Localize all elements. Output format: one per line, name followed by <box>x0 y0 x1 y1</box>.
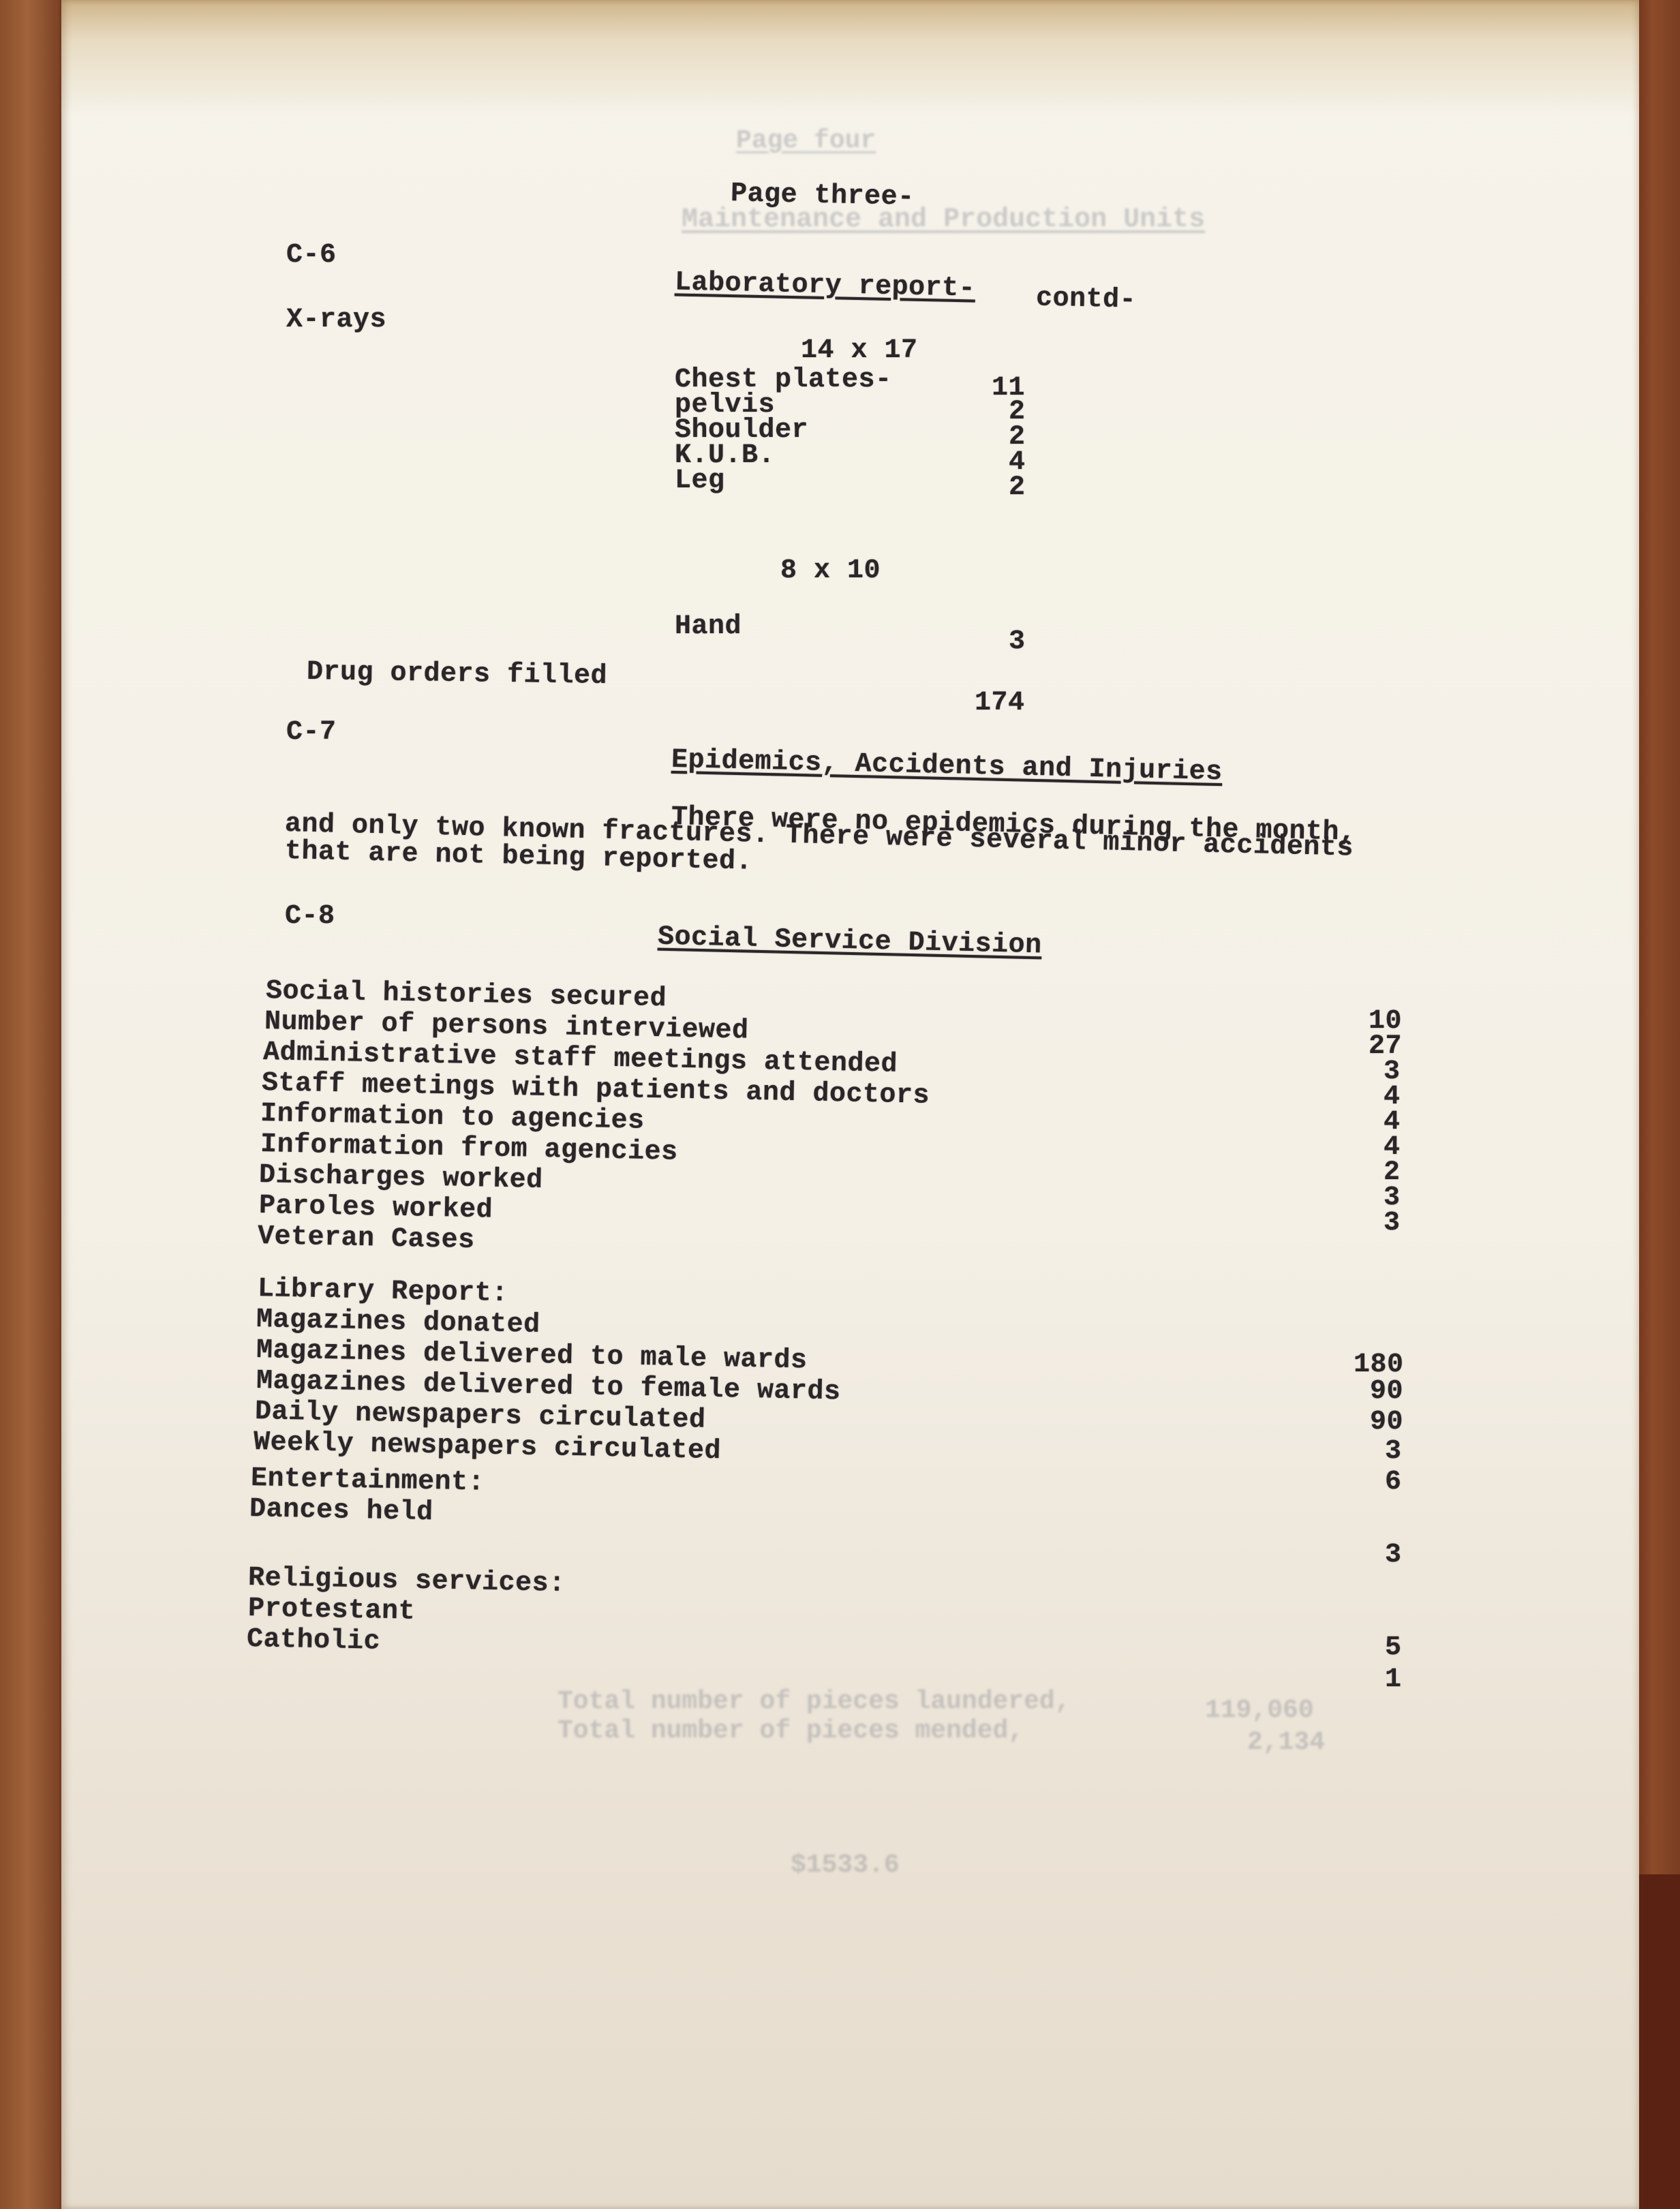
social-service-list: Social histories secured 10 Number of pe… <box>266 978 1411 1254</box>
religious-item-value-protestant: 5 <box>1385 1634 1402 1662</box>
list-item: Weekly newspapers circulated 6 <box>256 1429 1415 1460</box>
entertainment-heading: Entertainment: <box>251 1465 485 1497</box>
religious-item-label-protestant: Protestant <box>248 1596 416 1626</box>
bleed-work-units-value: $1533.6 <box>791 1850 900 1880</box>
library-heading: Library Report: <box>258 1276 508 1308</box>
xray-14x17-list: Chest plates- 11 pelvis 2 Shoulder 2 K.U… <box>675 367 1056 520</box>
religious-item-label-catholic: Catholic <box>247 1626 381 1656</box>
social-item-value: 3 <box>1384 1210 1401 1237</box>
section-code-c7: C-7 <box>286 719 337 746</box>
list-item: Magazines donated 180 <box>256 1307 1415 1337</box>
list-item: Number of persons interviewed 27 <box>266 1009 1411 1039</box>
size-8x10-label: 8 x 10 <box>780 558 881 585</box>
list-item: Leg 2 <box>675 489 1056 520</box>
bleed-page-label: Page four <box>736 126 876 155</box>
list-item: Veteran Cases 3 <box>266 1223 1411 1254</box>
section-heading-laboratory-report: Laboratory report- <box>675 269 976 303</box>
list-item: Magazines delivered to female wards 90 <box>256 1368 1415 1399</box>
section-code-c6: C-6 <box>286 242 337 269</box>
social-item-label: Veteran Cases <box>258 1223 475 1255</box>
list-item: Social histories secured 10 <box>266 978 1411 1009</box>
list-item: Magazines delivered to male wards 90 <box>256 1337 1415 1368</box>
entertainment-item-label: Dances held <box>249 1496 433 1527</box>
bleed-laundry-line-2: Total number of pieces mended, <box>558 1716 1024 1746</box>
library-item-value: 6 <box>1385 1469 1402 1496</box>
social-item-label: Paroles worked <box>259 1193 493 1225</box>
list-item: Discharges worked 2 <box>266 1162 1411 1193</box>
list-item: Staff meetings with patients and doctors… <box>266 1070 1411 1101</box>
list-item: Paroles worked 3 <box>266 1193 1411 1223</box>
xray-item-value-hand: 3 <box>1009 628 1026 656</box>
entertainment-item-value: 3 <box>1385 1542 1402 1569</box>
library-item-label: Magazines donated <box>256 1307 540 1339</box>
drug-orders-label: Drug orders filled <box>307 659 608 690</box>
library-list: Magazines donated 180 Magazines delivere… <box>256 1307 1415 1460</box>
religious-item-value-catholic: 1 <box>1385 1666 1402 1694</box>
list-item: Administrative staff meetings attended 3 <box>266 1039 1411 1070</box>
page-title: Page three- <box>731 181 915 212</box>
xray-item-label-hand: Hand <box>675 613 742 641</box>
bleed-laundry-value-1: 119,060 <box>1205 1696 1314 1725</box>
religious-heading: Religious services: <box>248 1565 566 1598</box>
xray-item-value: 2 <box>1009 474 1026 502</box>
xrays-label: X-rays <box>286 307 386 334</box>
list-item: K.U.B. 4 <box>675 459 1056 489</box>
list-item: Information to agencies 4 <box>266 1101 1411 1131</box>
drug-orders-value: 174 <box>975 690 1025 717</box>
size-14x17-label: 14 x 17 <box>801 337 918 365</box>
social-item-label: Discharges worked <box>259 1162 543 1195</box>
section-heading-contd: contd- <box>1036 285 1137 314</box>
list-item: Daily newspapers circulated 3 <box>256 1399 1415 1429</box>
section-code-c8: C-8 <box>285 903 335 930</box>
xray-item-label: Leg <box>675 468 725 495</box>
list-item: Information from agencies 4 <box>266 1131 1411 1162</box>
bleed-laundry-value-2: 2,134 <box>1247 1728 1325 1757</box>
bleed-laundry-line-1: Total number of pieces laundered, <box>558 1687 1071 1716</box>
